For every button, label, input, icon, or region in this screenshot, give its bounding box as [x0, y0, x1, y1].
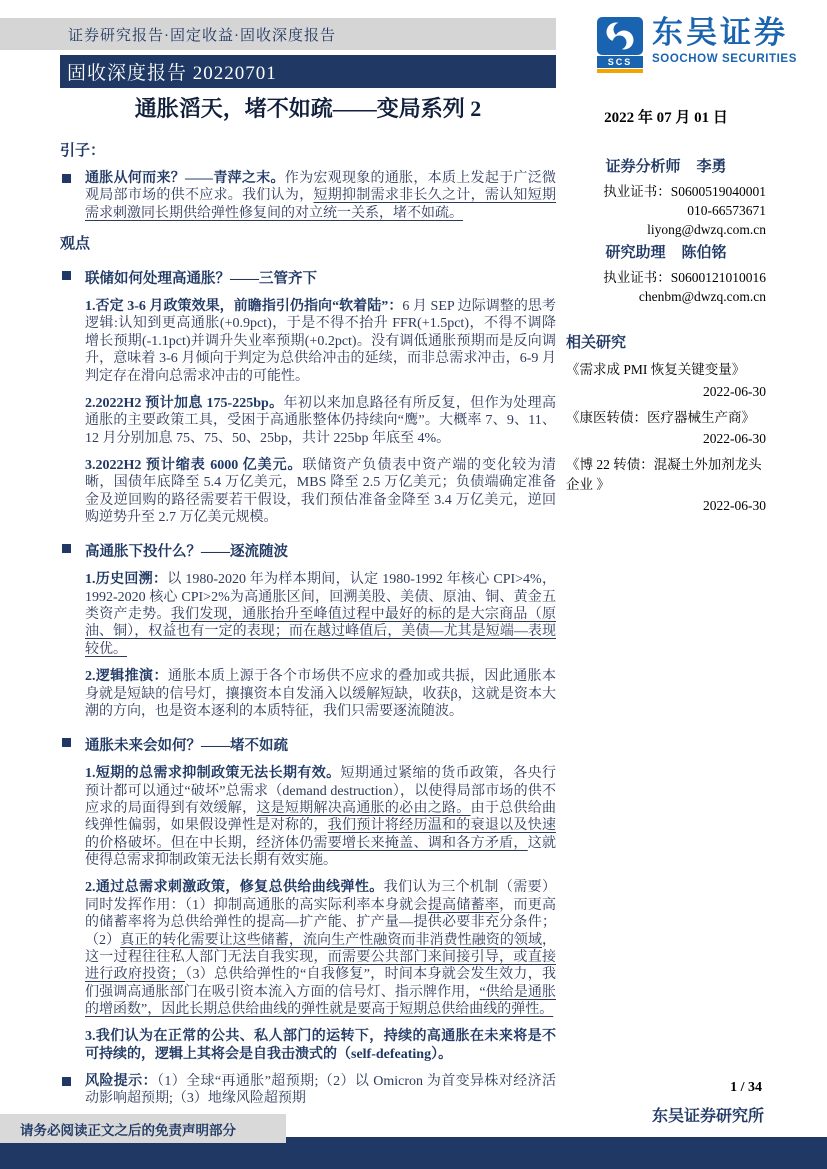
- section-heading: 联储如何处理高通胀？——三管齐下: [60, 267, 556, 288]
- report-page: 证券研究报告·固定收益·固收深度报告 SCS 东吴证券 SOOCHOW SECU…: [0, 0, 827, 1169]
- soochow-logo-names: 东吴证券 SOOCHOW SECURITIES: [652, 17, 797, 65]
- related-item-date: 2022-06-30: [566, 431, 766, 447]
- logo-orange-bar: [597, 69, 643, 73]
- report-title: 通胀滔天，堵不如疏——变局系列 2: [60, 92, 556, 123]
- analyst-phone: 010-66573671: [566, 203, 766, 219]
- report-date: 2022 年 07 月 01 日: [566, 106, 766, 127]
- body-paragraph: 2.逻辑推演：通胀本质上源于各个市场供不应求的叠加或共振，因此通胀本身就是短缺的…: [60, 668, 556, 720]
- section-label: 观点: [60, 232, 556, 253]
- related-item-title[interactable]: 《康医转债：医疗器械生产商》: [566, 408, 766, 428]
- bullet-square-icon: [62, 544, 71, 553]
- text-segment: 2.2022H2 预计加息 175-225bp。: [85, 396, 284, 411]
- text-segment: 这是短期解决高通胀的必由之路。: [256, 801, 470, 816]
- report-category: 证券研究报告·固定收益·固收深度报告: [68, 24, 336, 45]
- report-type-banner: 固收深度报告 20220701: [60, 55, 556, 88]
- related-research-heading: 相关研究: [566, 331, 766, 352]
- text-segment: 1.否定 3-6 月政策效果，前瞻指引仍指向“软着陆”：: [85, 299, 402, 314]
- text-segment: 真正的转化需要让这些储蓄，流向生产性融资而非消费性融资的领域: [120, 933, 542, 948]
- section-heading-text: 通胀未来会如何？——堵不如疏: [85, 738, 288, 754]
- text-segment: 风险提示：: [85, 1074, 157, 1089]
- section-label: 引子：: [60, 139, 556, 160]
- related-item-title[interactable]: 《博 22 转债：混凝土外加剂龙头企业 》: [566, 455, 766, 494]
- disclaimer-text: 请务必阅读正文之后的免责声明部分: [20, 1119, 236, 1139]
- logo-scs-text: SCS: [597, 56, 643, 68]
- analyst-name: 李勇: [697, 159, 727, 175]
- body-paragraph: 1.否定 3-6 月政策效果，前瞻指引仍指向“软着陆”：6 月 SEP 边际调整…: [60, 298, 556, 385]
- report-type-text: 固收深度报告 20220701: [67, 58, 277, 85]
- assistant-cert: 执业证书：S0600121010016: [566, 266, 766, 286]
- soochow-swirl-icon: [597, 17, 643, 55]
- analyst-email[interactable]: liyong@dwzq.com.cn: [566, 222, 766, 238]
- assistant-role: 研究助理: [605, 245, 665, 261]
- section-heading: 高通胀下投什么？——逐流随波: [60, 540, 556, 561]
- body-paragraph: 2.通过总需求刺激政策，修复总供给曲线弹性。我们认为三个机制（需要）同时发挥作用…: [60, 879, 556, 1018]
- assistant-email[interactable]: chenbm@dwzq.com.cn: [566, 289, 766, 305]
- soochow-logo-mark: SCS: [597, 17, 643, 73]
- text-segment: 通胀从何而来？——青萍之末。: [85, 171, 285, 186]
- text-segment: 3.2022H2 预计缩表 6000 亿美元。: [85, 458, 303, 473]
- main-column: 通胀滔天，堵不如疏——变局系列 2 引子：通胀从何而来？——青萍之末。作为宏观现…: [60, 92, 556, 1118]
- bullet-square-icon: [62, 1077, 71, 1086]
- bullet-square-icon: [62, 174, 71, 183]
- body-paragraph: 1.短期的总需求抑制政策无法长期有效。短期通过紧缩的货币政策，各央行预计都可以通…: [60, 765, 556, 869]
- analyst-cert: 执业证书：S0600519040001: [566, 180, 766, 200]
- institute-name: 东吴证券研究所: [652, 1103, 764, 1126]
- report-body: 引子：通胀从何而来？——青萍之末。作为宏观现象的通胀，本质上发起于广泛微观局部市…: [60, 139, 556, 1108]
- text-segment: 2.逻辑推演：: [85, 669, 168, 684]
- text-segment: 提高储蓄率: [428, 898, 499, 913]
- section-heading-text: 高通胀下投什么？——逐流随波: [85, 544, 288, 560]
- text-segment: 但在中长期，: [171, 836, 257, 851]
- brand-name-en: SOOCHOW SECURITIES: [652, 53, 797, 65]
- text-segment: 3.我们认为在正常的公共、私人部门的运转下，持续的高通胀在未来将是不可持续的，逻…: [85, 1029, 556, 1061]
- content-columns: 通胀滔天，堵不如疏——变局系列 2 引子：通胀从何而来？——青萍之末。作为宏观现…: [60, 92, 766, 1118]
- bullet-square-icon: [62, 271, 71, 280]
- body-paragraph: 通胀从何而来？——青萍之末。作为宏观现象的通胀，本质上发起于广泛微观局部市场的供…: [60, 170, 556, 222]
- body-paragraph: 1.历史回溯：以 1980-2020 年为样本期间，认定 1980-1992 年…: [60, 571, 556, 658]
- assistant-name: 陈伯铭: [682, 245, 727, 261]
- body-paragraph: 3.2022H2 预计缩表 6000 亿美元。联储资产负债表中资产端的变化较为清…: [60, 457, 556, 526]
- related-item-date: 2022-06-30: [566, 384, 766, 400]
- text-segment: 1.短期的总需求抑制政策无法长期有效。: [85, 766, 341, 781]
- section-heading-text: 联储如何处理高通胀？——三管齐下: [85, 271, 317, 287]
- body-paragraph: 2.2022H2 预计加息 175-225bp。年初以来加息路径有所反复，但作为…: [60, 395, 556, 447]
- related-item-title[interactable]: 《需求成 PMI 恢复关键变量》: [566, 360, 766, 380]
- assistant-row: 研究助理陈伯铭: [566, 241, 766, 262]
- brand-name-cn: 东吴证券: [652, 17, 797, 50]
- text-segment: 2.通过总需求刺激政策，修复总供给曲线弹性。: [85, 880, 384, 895]
- analyst-role: 证券分析师: [605, 159, 680, 175]
- body-paragraph: 风险提示：（1）全球“再通胀”超预期;（2）以 Omicron 为首变异株对经济…: [60, 1073, 556, 1108]
- page-number: 1 / 34: [730, 1080, 762, 1096]
- body-paragraph: 3.我们认为在正常的公共、私人部门的运转下，持续的高通胀在未来将是不可持续的，逻…: [60, 1028, 556, 1063]
- related-item-date: 2022-06-30: [566, 498, 766, 514]
- soochow-logo: SCS 东吴证券 SOOCHOW SECURITIES: [597, 17, 797, 73]
- section-heading: 通胀未来会如何？——堵不如疏: [60, 734, 556, 755]
- text-segment: 1.历史回溯：: [85, 572, 167, 587]
- text-segment: 经济体仍需要增长来掩盖、调和各方矛盾，: [256, 836, 527, 851]
- report-category-bar: 证券研究报告·固定收益·固收深度报告: [0, 18, 556, 50]
- bullet-square-icon: [62, 738, 71, 747]
- disclaimer-box: 请务必阅读正文之后的免责声明部分: [0, 1114, 286, 1143]
- side-column: 2022 年 07 月 01 日 证券分析师李勇 执业证书：S060051904…: [566, 92, 766, 1118]
- analyst-row: 证券分析师李勇: [566, 155, 766, 176]
